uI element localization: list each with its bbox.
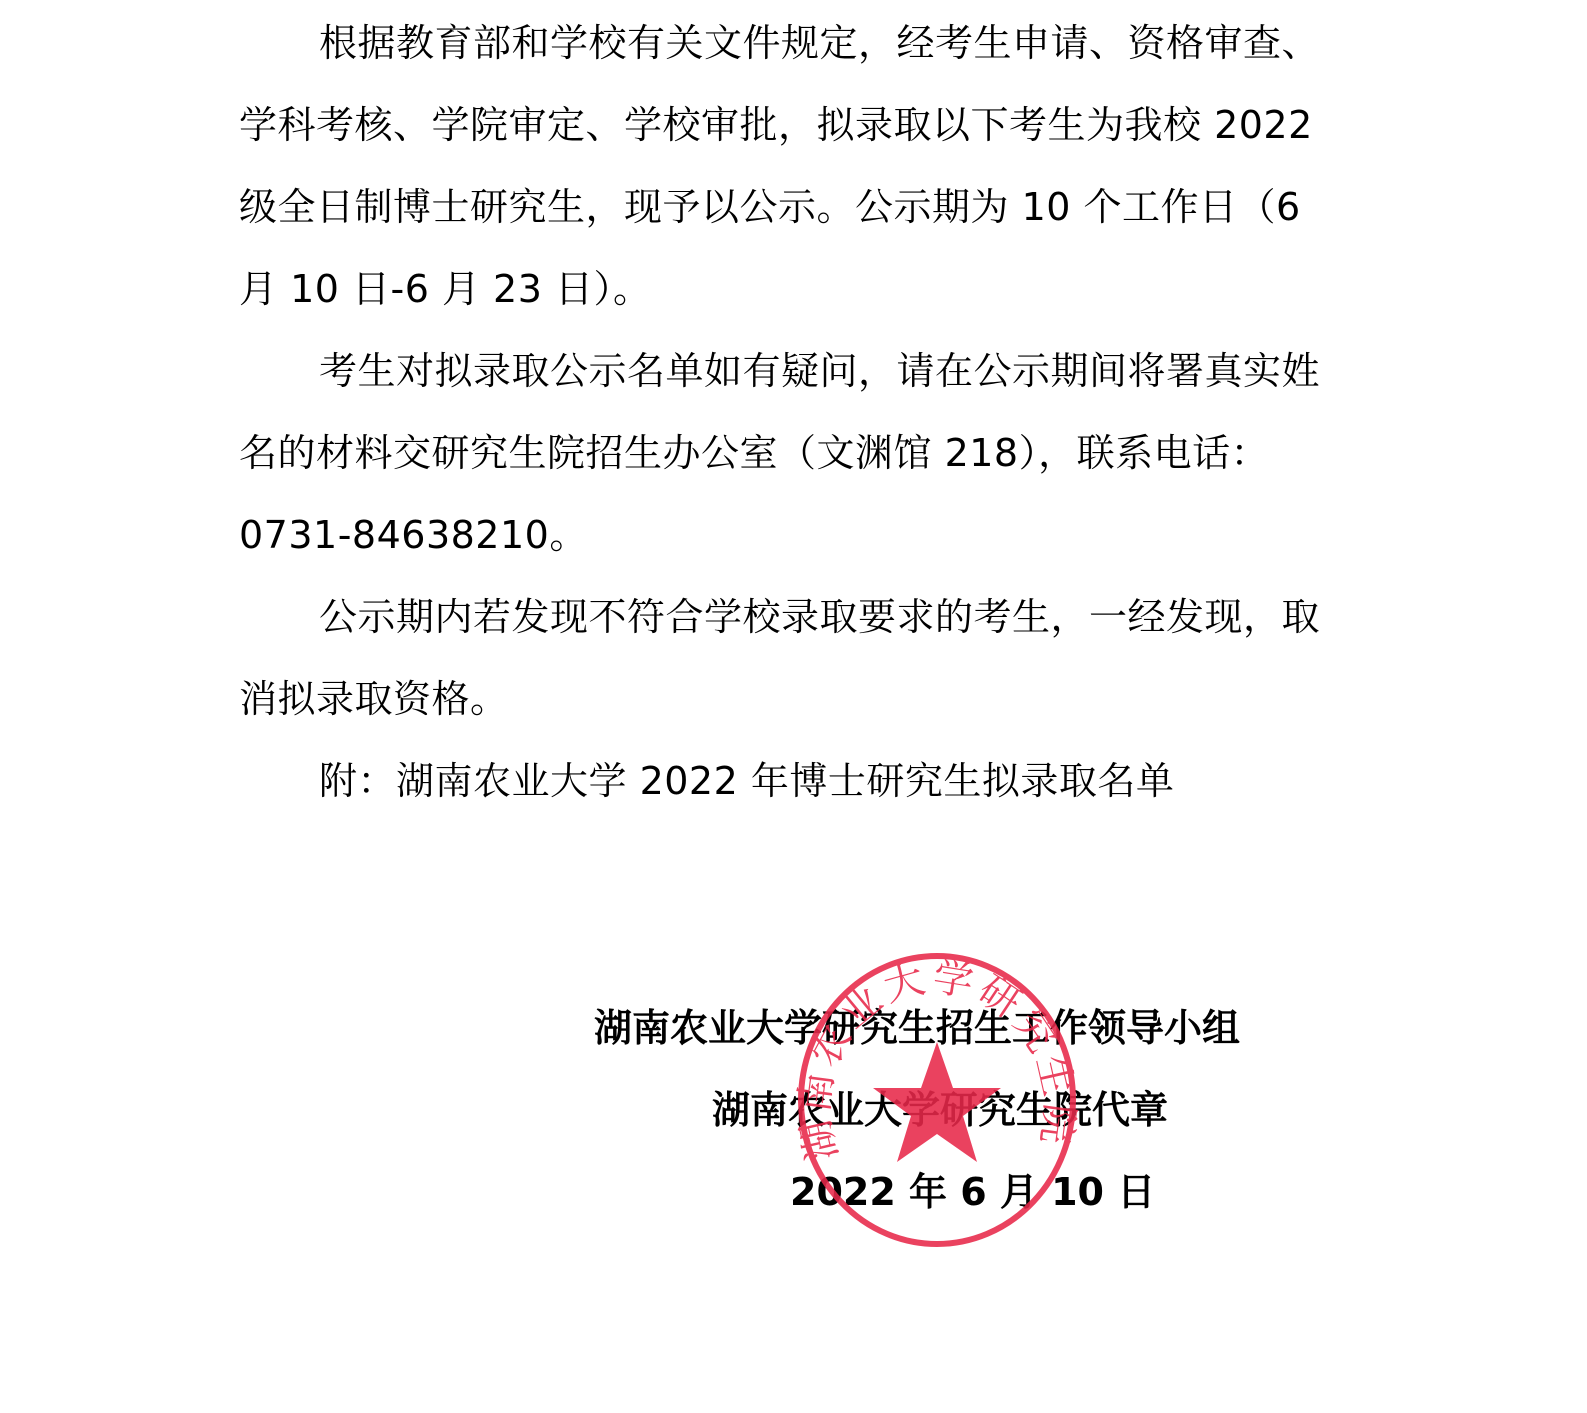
paragraph-3-line-1: 公示期内若发现不符合学校录取要求的考生，一经发现，取 (319, 594, 1320, 640)
signature-date: 2022 年 6 月 10 日 (790, 1169, 1155, 1215)
attachment-note: 附：湖南农业大学 2022 年博士研究生拟录取名单 (319, 758, 1174, 804)
paragraph-2-line-2: 名的材料交研究生院招生办公室（文渊馆 218），联系电话： (239, 430, 1269, 476)
paragraph-1-line-3: 级全日制博士研究生，现予以公示。公示期为 10 个工作日（6 (239, 184, 1301, 230)
signature-org: 湖南农业大学研究生招生工作领导小组 (594, 1005, 1240, 1051)
svg-text:湖南农业大学研究生院: 湖南农业大学研究生院 (795, 954, 1080, 1165)
paragraph-2-line-3: 0731-84638210。 (239, 512, 588, 558)
paragraph-2-line-1: 考生对拟录取公示名单如有疑问，请在公示期间将署真实姓 (319, 348, 1320, 394)
paragraph-1-line-4: 月 10 日-6 月 23 日）。 (239, 266, 652, 312)
paragraph-3-line-2: 消拟录取资格。 (239, 676, 509, 722)
signature-seal-note: 湖南农业大学研究生院代章 (712, 1087, 1168, 1133)
paragraph-1-line-1: 根据教育部和学校有关文件规定，经考生申请、资格审查、 (319, 20, 1320, 66)
seal-text: 湖南农业大学研究生院 (795, 954, 1080, 1165)
document-page: 根据教育部和学校有关文件规定，经考生申请、资格审查、 学科考核、学院审定、学校审… (0, 0, 1587, 1413)
paragraph-1-line-2: 学科考核、学院审定、学校审批，拟录取以下考生为我校 2022 (239, 102, 1313, 148)
